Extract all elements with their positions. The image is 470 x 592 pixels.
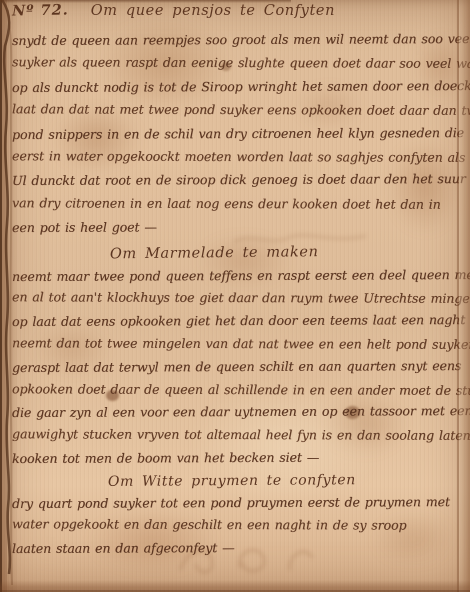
manuscript-line: gauwighyt stucken vryven tot altemaal he… (12, 423, 464, 447)
page-edge-right (459, 0, 470, 592)
page-edge-top (0, 0, 291, 3)
manuscript-line: water opgekookt en dan geschilt en een n… (12, 514, 464, 538)
gutter-fold-line (0, 0, 18, 592)
page-number: Nº 72. (12, 2, 69, 20)
manuscript-line: dry quart pond suyker tot een pond pruym… (12, 491, 464, 515)
manuscript-line: van dry citroenen in en laat nog eens de… (12, 191, 464, 216)
manuscript-line: snydt de queen aan reempjes soo groot al… (12, 27, 464, 52)
manuscript-line: op laat dat eens opkooken giet het dan d… (12, 309, 464, 334)
recipe-heading-row: Nº 72. Om quee pensjos te Confyten (12, 2, 464, 28)
recipe-title-white-plums: Om Witte pruymen te confyten (12, 468, 464, 493)
manuscript-line: suyker als queen raspt dan eenige slught… (12, 51, 464, 76)
manuscript-line: kooken tot men de boom van het becken si… (12, 446, 464, 471)
manuscript-line: neemt maar twee pond queen teffens en ra… (12, 264, 464, 289)
recipe-section-marmalade: neemt maar twee pond queen teffens en ra… (12, 265, 464, 470)
manuscript-content: Nº 72. Om quee pensjos te Confyten snydt… (12, 2, 464, 559)
page-edge-bottom (0, 580, 470, 592)
recipe-section-quince-pieces: snydt de queen aan reempjes soo groot al… (12, 28, 464, 239)
manuscript-line: laaten staan en dan afgeconfeyt — (12, 536, 464, 560)
manuscript-line: geraspt laat dat terwyl men de queen sch… (12, 355, 464, 380)
manuscript-line: op als dunckt nodig is tot de Siroop wri… (12, 74, 464, 99)
recipe-title-marmalade: Om Marmelade te maken (12, 238, 464, 267)
manuscript-line: een pot is heel goet — (12, 214, 464, 239)
binding-gutter (0, 0, 18, 592)
page-edge-line (457, 0, 459, 592)
manuscript-line: opkooken doet daar de queen al schillend… (12, 378, 464, 402)
manuscript-page: Nº 72. Om quee pensjos te Confyten snydt… (0, 0, 470, 592)
manuscript-line: pond snippers in en de schil van dry cit… (12, 121, 464, 146)
manuscript-line: eerst in water opgekoockt moeten worden … (12, 144, 464, 169)
manuscript-line: Ul dunckt dat root en de siroop dick gen… (12, 167, 464, 192)
manuscript-line: en al tot aan't klockhuys toe giet daar … (12, 287, 464, 311)
manuscript-line: neemt dan tot twee mingelen van dat nat … (12, 332, 464, 356)
manuscript-line: laat dan dat nat met twee pond suyker ee… (12, 97, 464, 122)
recipe-title-quince-pieces: Om quee pensjos te Confyten (91, 3, 335, 19)
recipe-section-white-plums: dry quart pond suyker tot een pond pruym… (12, 492, 464, 560)
manuscript-line: die gaar zyn al een voor een daar uytnem… (12, 400, 464, 425)
